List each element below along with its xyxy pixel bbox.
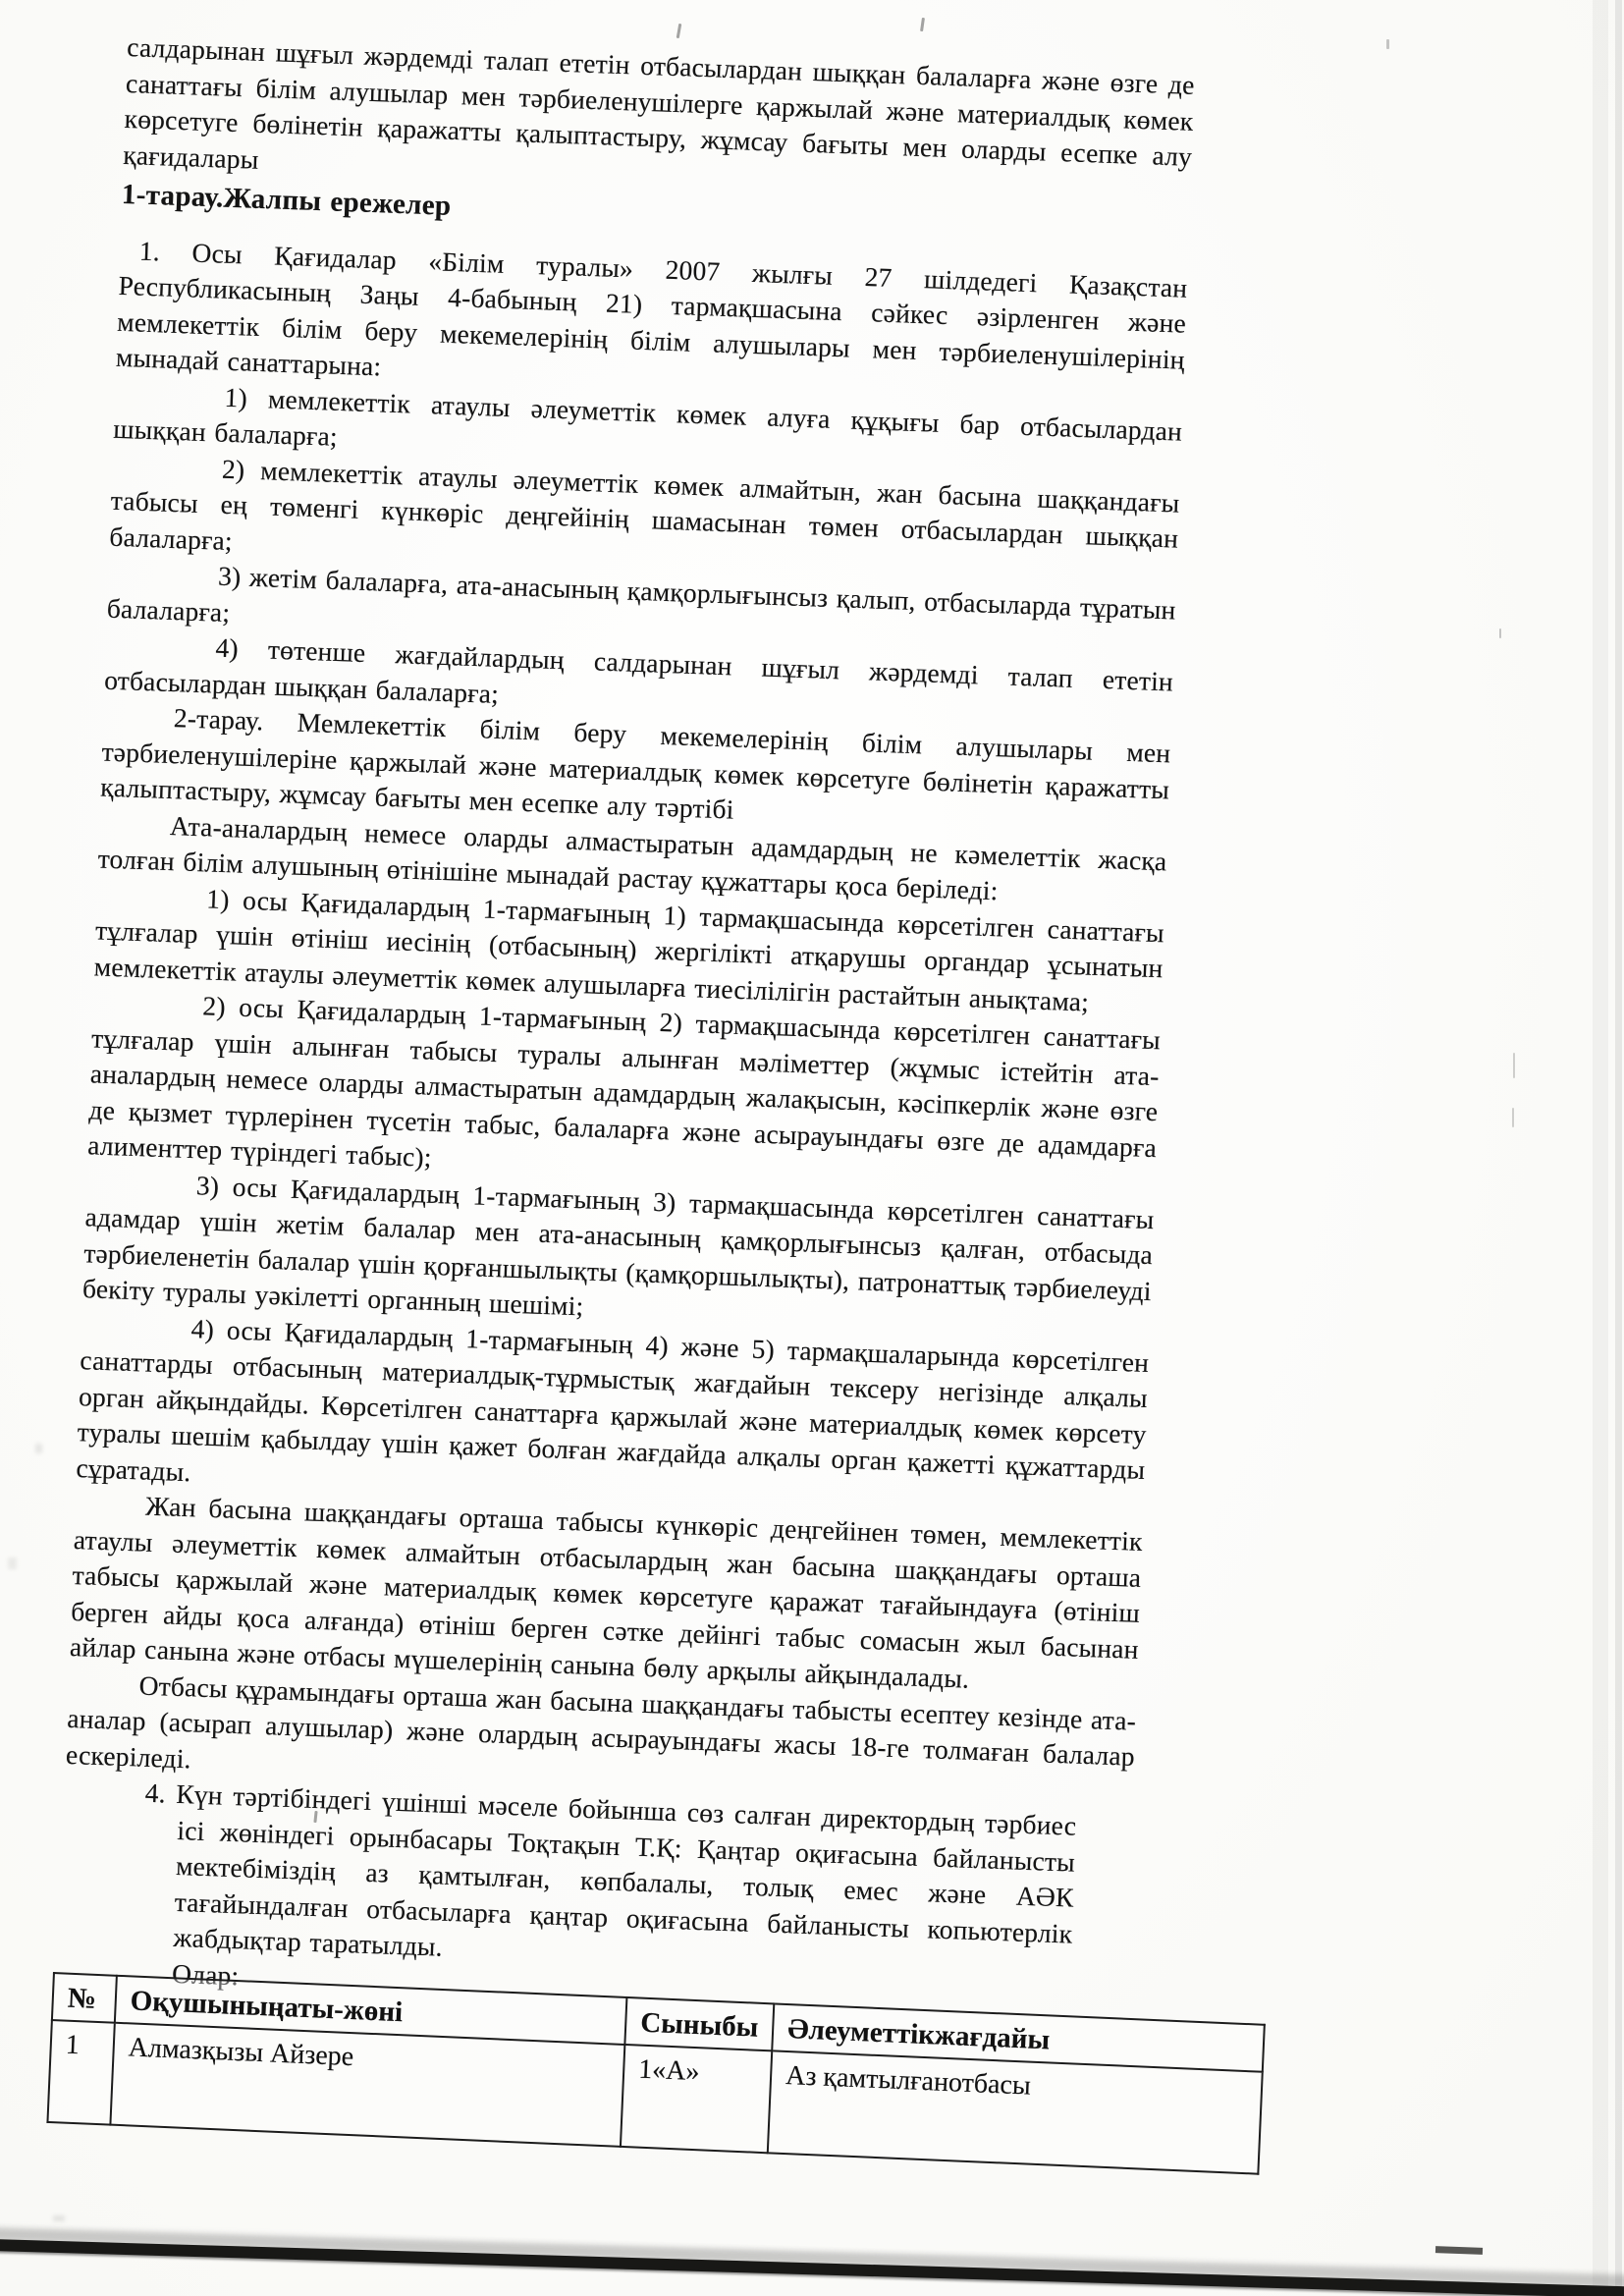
scan-artifact-smudge xyxy=(35,1444,42,1453)
scan-artifact-dash xyxy=(1435,2246,1483,2255)
table-cell-student-name: Алмазқызы Айзере xyxy=(110,2023,624,2147)
table-header-number: № xyxy=(52,1973,117,2023)
scan-artifact-tick xyxy=(1499,629,1501,638)
scan-artifact-smudge xyxy=(53,2215,65,2221)
scan-artifact-tick xyxy=(677,24,682,38)
scanned-document-page: салдарынан шұғыл жәрдемді талап ететін о… xyxy=(0,0,1624,2296)
table-cell-number: 1 xyxy=(47,2020,114,2125)
scan-artifact-tick xyxy=(1513,1053,1515,1078)
table-cell-class: 1«А» xyxy=(621,2045,772,2153)
scan-artifact-tick xyxy=(920,18,925,31)
agenda-item-4-text: 4. Күн тәртібіндегі үшінші мәселе бойынш… xyxy=(173,1777,1077,1988)
scan-page-edge-line xyxy=(0,2239,1624,2296)
table-cell-social-status: Аз қамтылғанотбасы xyxy=(768,2050,1263,2173)
scan-artifact-tick xyxy=(1512,1108,1514,1127)
scan-streak-right xyxy=(1593,0,1608,2296)
scan-page-edge-shadow xyxy=(0,2227,1624,2290)
scan-streak-right-edge xyxy=(1615,0,1622,2296)
scan-artifact-smudge xyxy=(8,1558,17,1569)
table-header-class: Сыныбы xyxy=(624,1997,774,2050)
scan-artifact-tick xyxy=(1386,39,1389,49)
document-body: салдарынан шұғыл жәрдемді талап ететін о… xyxy=(58,29,1196,2026)
